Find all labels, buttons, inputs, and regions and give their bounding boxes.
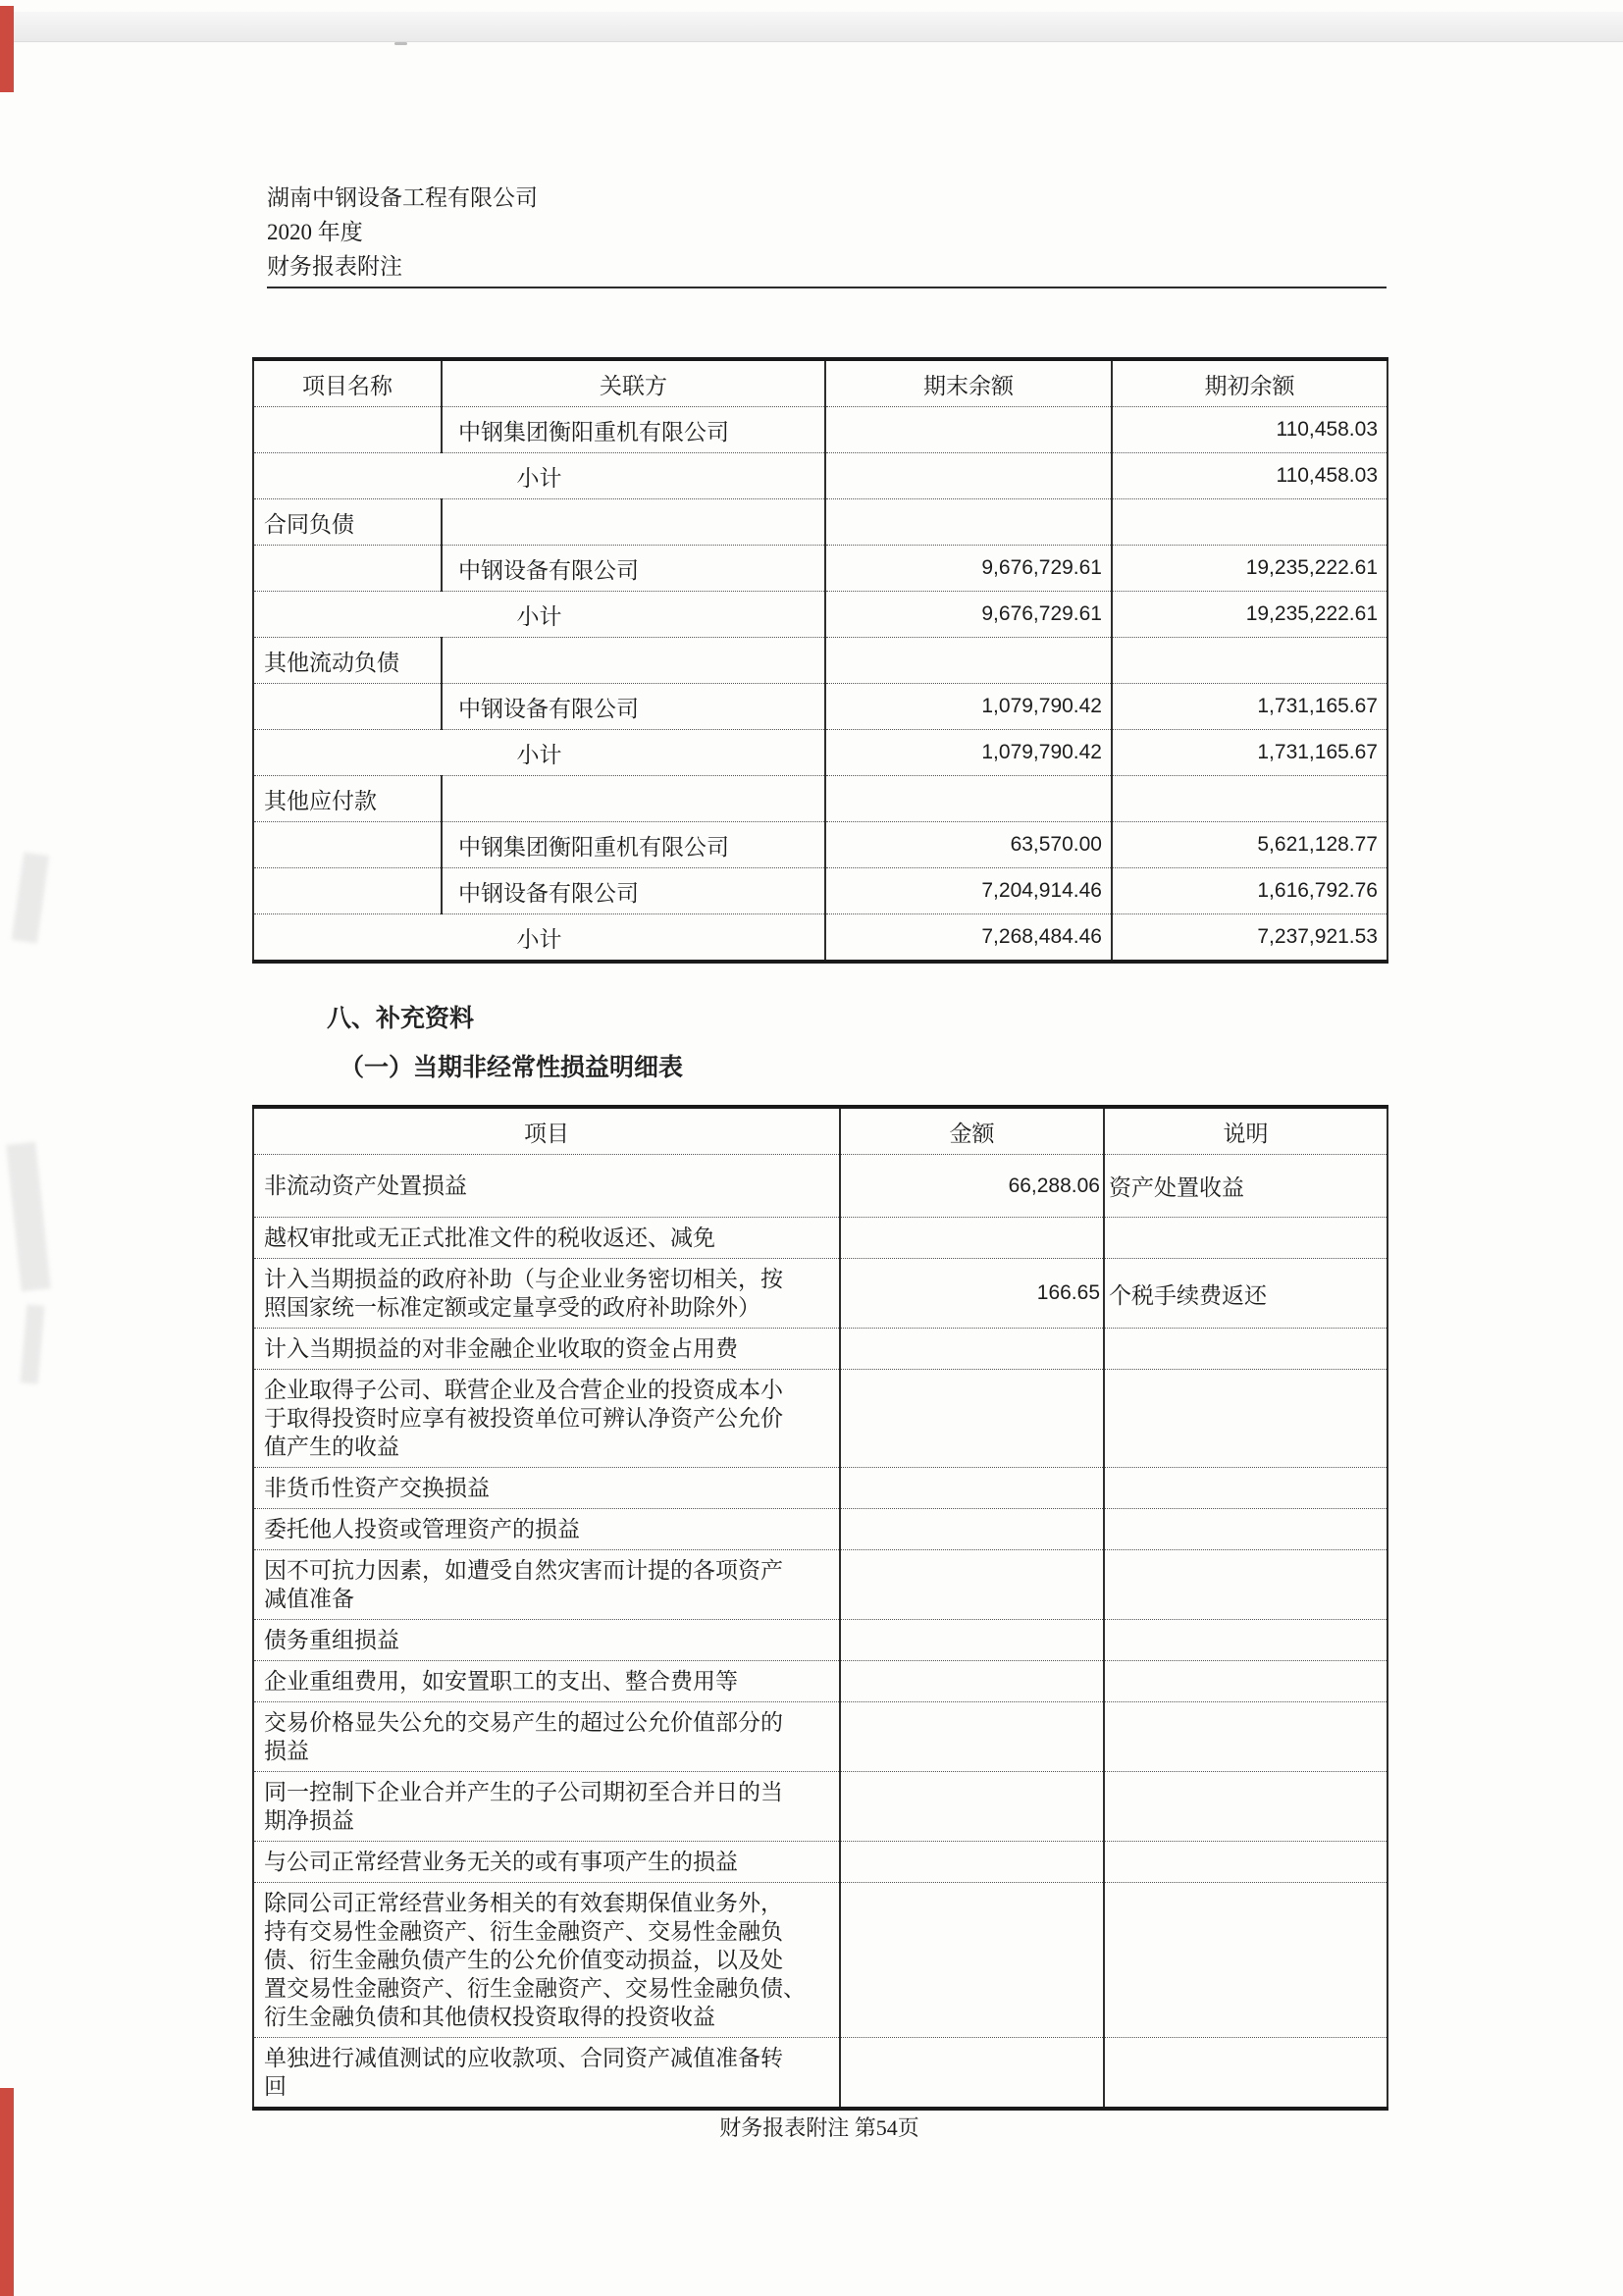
table-header-cell: 说明	[1104, 1107, 1387, 1155]
cell-item: 企业取得子公司、联营企业及合营企业的投资成本小 于取得投资时应享有被投资单位可辨…	[253, 1370, 840, 1468]
table-row: 其他应付款	[253, 776, 1387, 822]
cell-ending-balance: 9,676,729.61	[825, 546, 1112, 592]
cell-beginning-balance: 1,731,165.67	[1112, 730, 1387, 776]
table-row: 同一控制下企业合并产生的子公司期初至合并日的当 期净损益	[253, 1772, 1387, 1842]
table-row: 中钢集团衡阳重机有限公司110,458.03	[253, 407, 1387, 453]
margin-smudge	[12, 853, 49, 944]
table-row: 债务重组损益	[253, 1620, 1387, 1661]
nonrecurring-table-head: 项目金额说明	[253, 1107, 1387, 1155]
cell-ending-balance	[825, 499, 1112, 546]
cell-item-name	[253, 868, 442, 914]
table-row: 非流动资产处置损益66,288.06资产处置收益	[253, 1155, 1387, 1218]
cell-subtotal-label: 小计	[253, 592, 825, 638]
cell-subtotal-label: 小计	[253, 730, 825, 776]
cell-item: 越权审批或无正式批准文件的税收返还、减免	[253, 1218, 840, 1259]
cell-beginning-balance: 110,458.03	[1112, 407, 1387, 453]
cell-amount	[840, 1550, 1104, 1620]
cell-amount	[840, 1842, 1104, 1883]
table-row: 计入当期损益的政府补助（与企业业务密切相关，按 照国家统一标准定额或定量享受的政…	[253, 1259, 1387, 1329]
cell-item-name: 合同负债	[253, 499, 442, 546]
cell-note	[1104, 1468, 1387, 1509]
nonrecurring-table-body: 非流动资产处置损益66,288.06资产处置收益越权审批或无正式批准文件的税收返…	[253, 1155, 1387, 2110]
cell-item: 计入当期损益的政府补助（与企业业务密切相关，按 照国家统一标准定额或定量享受的政…	[253, 1259, 840, 1329]
cell-subtotal-label: 小计	[253, 914, 825, 963]
table-row: 小计9,676,729.6119,235,222.61	[253, 592, 1387, 638]
cell-note	[1104, 1842, 1387, 1883]
cell-amount	[840, 1329, 1104, 1370]
cell-note	[1104, 1218, 1387, 1259]
section-heading-supplementary: 八、补充资料	[327, 999, 474, 1034]
cell-ending-balance: 9,676,729.61	[825, 592, 1112, 638]
cell-item: 债务重组损益	[253, 1620, 840, 1661]
report-title: 财务报表附注	[267, 249, 538, 284]
cell-note	[1104, 1370, 1387, 1468]
cell-note	[1104, 1883, 1387, 2038]
cell-subtotal-label: 小计	[253, 453, 825, 499]
report-header: 湖南中钢设备工程有限公司 2020 年度 财务报表附注	[267, 181, 538, 284]
scan-edge-band	[14, 12, 1623, 42]
document-page: 湖南中钢设备工程有限公司 2020 年度 财务报表附注 项目名称关联方期末余额期…	[0, 0, 1623, 2296]
table-row: 中钢设备有限公司7,204,914.461,616,792.76	[253, 868, 1387, 914]
margin-smudge	[6, 1142, 51, 1291]
cell-ending-balance: 1,079,790.42	[825, 730, 1112, 776]
cell-ending-balance: 7,204,914.46	[825, 868, 1112, 914]
table-row: 小计7,268,484.467,237,921.53	[253, 914, 1387, 963]
cell-item-name	[253, 407, 442, 453]
table-header-cell: 期初余额	[1112, 359, 1387, 407]
related-party-table-body: 中钢集团衡阳重机有限公司110,458.03小计110,458.03合同负债中钢…	[253, 407, 1387, 963]
table-row: 合同负债	[253, 499, 1387, 546]
cell-note: 个税手续费返还	[1104, 1259, 1387, 1329]
cell-ending-balance: 7,268,484.46	[825, 914, 1112, 963]
cell-related-party: 中钢集团衡阳重机有限公司	[442, 822, 825, 868]
cell-related-party	[442, 499, 825, 546]
cell-amount	[840, 1661, 1104, 1702]
related-party-table: 项目名称关联方期末余额期初余额 中钢集团衡阳重机有限公司110,458.03小计…	[252, 357, 1388, 964]
table-header-row: 项目金额说明	[253, 1107, 1387, 1155]
cell-beginning-balance: 7,237,921.53	[1112, 914, 1387, 963]
cell-related-party: 中钢集团衡阳重机有限公司	[442, 407, 825, 453]
cell-amount	[840, 1509, 1104, 1550]
cell-note	[1104, 1550, 1387, 1620]
cell-note	[1104, 1620, 1387, 1661]
cell-item: 因不可抗力因素，如遭受自然灾害而计提的各项资产 减值准备	[253, 1550, 840, 1620]
cell-ending-balance	[825, 407, 1112, 453]
company-name: 湖南中钢设备工程有限公司	[267, 181, 538, 215]
section-heading-nonrecurring: （一）当期非经常性损益明细表	[340, 1048, 683, 1083]
cell-related-party	[442, 776, 825, 822]
cell-amount	[840, 1883, 1104, 2038]
cell-note	[1104, 1702, 1387, 1772]
red-edge-mark-top	[0, 6, 14, 92]
cell-note	[1104, 1772, 1387, 1842]
cell-related-party: 中钢设备有限公司	[442, 546, 825, 592]
table-header-row: 项目名称关联方期末余额期初余额	[253, 359, 1387, 407]
cell-amount	[840, 1218, 1104, 1259]
cell-note: 资产处置收益	[1104, 1155, 1387, 1218]
table-row: 企业取得子公司、联营企业及合营企业的投资成本小 于取得投资时应享有被投资单位可辨…	[253, 1370, 1387, 1468]
cell-item: 单独进行减值测试的应收款项、合同资产减值准备转 回	[253, 2038, 840, 2110]
cell-item-name	[253, 546, 442, 592]
cell-beginning-balance	[1112, 638, 1387, 684]
cell-amount	[840, 1772, 1104, 1842]
cell-ending-balance	[825, 638, 1112, 684]
cell-beginning-balance: 19,235,222.61	[1112, 592, 1387, 638]
cell-beginning-balance: 1,731,165.67	[1112, 684, 1387, 730]
table-header-cell: 期末余额	[825, 359, 1112, 407]
table-row: 非货币性资产交换损益	[253, 1468, 1387, 1509]
table-row: 中钢设备有限公司9,676,729.6119,235,222.61	[253, 546, 1387, 592]
cell-amount	[840, 1468, 1104, 1509]
cell-item: 企业重组费用，如安置职工的支出、整合费用等	[253, 1661, 840, 1702]
margin-smudge	[21, 1304, 45, 1383]
table-row: 因不可抗力因素，如遭受自然灾害而计提的各项资产 减值准备	[253, 1550, 1387, 1620]
table-header-cell: 项目名称	[253, 359, 442, 407]
cell-item: 非流动资产处置损益	[253, 1155, 840, 1218]
table-header-cell: 关联方	[442, 359, 825, 407]
cell-note	[1104, 1509, 1387, 1550]
table-row: 计入当期损益的对非金融企业收取的资金占用费	[253, 1329, 1387, 1370]
cell-item: 同一控制下企业合并产生的子公司期初至合并日的当 期净损益	[253, 1772, 840, 1842]
cell-item-name: 其他流动负债	[253, 638, 442, 684]
table-row: 企业重组费用，如安置职工的支出、整合费用等	[253, 1661, 1387, 1702]
table-row: 其他流动负债	[253, 638, 1387, 684]
table-header-cell: 金额	[840, 1107, 1104, 1155]
cell-ending-balance	[825, 453, 1112, 499]
table-header-cell: 项目	[253, 1107, 840, 1155]
cell-amount	[840, 1620, 1104, 1661]
cell-beginning-balance: 1,616,792.76	[1112, 868, 1387, 914]
cell-item: 非货币性资产交换损益	[253, 1468, 840, 1509]
cell-amount: 66,288.06	[840, 1155, 1104, 1218]
cell-item: 委托他人投资或管理资产的损益	[253, 1509, 840, 1550]
table-row: 交易价格显失公允的交易产生的超过公允价值部分的 损益	[253, 1702, 1387, 1772]
cell-amount	[840, 1702, 1104, 1772]
cell-related-party	[442, 638, 825, 684]
red-edge-mark-bottom	[0, 2088, 14, 2296]
report-year: 2020 年度	[267, 215, 538, 249]
cell-amount: 166.65	[840, 1259, 1104, 1329]
cell-ending-balance: 63,570.00	[825, 822, 1112, 868]
cell-beginning-balance: 19,235,222.61	[1112, 546, 1387, 592]
table-row: 中钢设备有限公司1,079,790.421,731,165.67	[253, 684, 1387, 730]
cell-beginning-balance: 110,458.03	[1112, 453, 1387, 499]
header-rule	[267, 287, 1387, 288]
cell-amount	[840, 1370, 1104, 1468]
cell-note	[1104, 1329, 1387, 1370]
table-row: 中钢集团衡阳重机有限公司63,570.005,621,128.77	[253, 822, 1387, 868]
table-row: 除同公司正常经营业务相关的有效套期保值业务外， 持有交易性金融资产、衍生金融资产…	[253, 1883, 1387, 2038]
cell-beginning-balance	[1112, 499, 1387, 546]
table-row: 与公司正常经营业务无关的或有事项产生的损益	[253, 1842, 1387, 1883]
cell-related-party: 中钢设备有限公司	[442, 868, 825, 914]
cell-related-party: 中钢设备有限公司	[442, 684, 825, 730]
cell-beginning-balance: 5,621,128.77	[1112, 822, 1387, 868]
table-row: 越权审批或无正式批准文件的税收返还、减免	[253, 1218, 1387, 1259]
cell-item: 与公司正常经营业务无关的或有事项产生的损益	[253, 1842, 840, 1883]
cell-item-name: 其他应付款	[253, 776, 442, 822]
cell-beginning-balance	[1112, 776, 1387, 822]
nonrecurring-items-table: 项目金额说明 非流动资产处置损益66,288.06资产处置收益越权审批或无正式批…	[252, 1105, 1388, 2111]
table-row: 小计110,458.03	[253, 453, 1387, 499]
cell-ending-balance: 1,079,790.42	[825, 684, 1112, 730]
cell-amount	[840, 2038, 1104, 2110]
cell-item: 除同公司正常经营业务相关的有效套期保值业务外， 持有交易性金融资产、衍生金融资产…	[253, 1883, 840, 2038]
table-row: 委托他人投资或管理资产的损益	[253, 1509, 1387, 1550]
cell-item-name	[253, 822, 442, 868]
related-party-table-head: 项目名称关联方期末余额期初余额	[253, 359, 1387, 407]
table-row: 小计1,079,790.421,731,165.67	[253, 730, 1387, 776]
cell-note	[1104, 2038, 1387, 2110]
page-footer: 财务报表附注 第54页	[252, 2112, 1387, 2142]
scan-speck	[394, 42, 407, 45]
cell-ending-balance	[825, 776, 1112, 822]
cell-item: 交易价格显失公允的交易产生的超过公允价值部分的 损益	[253, 1702, 840, 1772]
cell-item: 计入当期损益的对非金融企业收取的资金占用费	[253, 1329, 840, 1370]
cell-note	[1104, 1661, 1387, 1702]
table-row: 单独进行减值测试的应收款项、合同资产减值准备转 回	[253, 2038, 1387, 2110]
cell-item-name	[253, 684, 442, 730]
